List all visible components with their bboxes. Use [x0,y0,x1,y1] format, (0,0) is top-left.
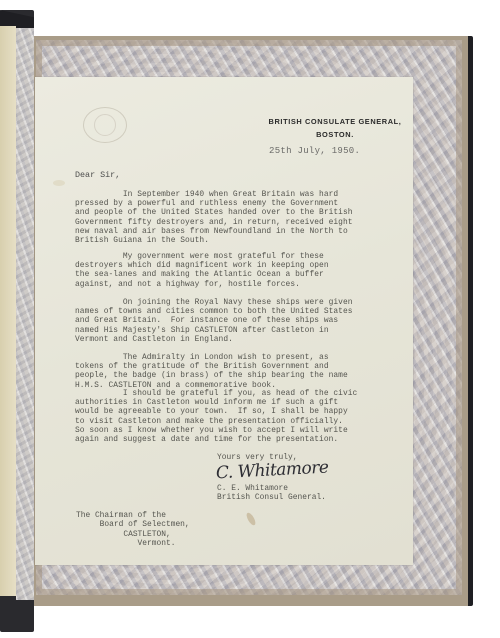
letter-date: 25th July, 1950. [269,146,360,156]
left-marbled-strip [16,28,34,600]
left-page [0,26,16,596]
signatory-title: British Consul General. [217,493,326,502]
paper-stain [53,180,65,186]
letter-sheet: BRITISH CONSULATE GENERAL, BOSTON. 25th … [35,77,413,565]
paragraph-3: On joining the Royal Navy these ships we… [75,298,395,344]
right-cover-edge [468,36,473,606]
paragraph-1: In September 1940 when Great Britain was… [75,190,395,245]
paragraph-4: The Admiralty in London wish to present,… [75,353,395,390]
paper-stain [245,511,257,526]
paragraph-2: My government were most grateful for the… [75,252,395,289]
addressee-block: The Chairman of the Board of Selectmen, … [76,511,190,549]
signatory-name: C. E. Whitamore [217,484,288,493]
embossed-seal-icon [83,107,127,143]
paragraph-5: I should be grateful if you, as head of … [75,389,395,444]
letterhead-line-2: BOSTON. [265,128,405,141]
salutation: Dear Sir, [75,170,120,180]
letterhead: BRITISH CONSULATE GENERAL, BOSTON. [265,115,405,141]
letterhead-line-1: BRITISH CONSULATE GENERAL, [265,115,405,128]
